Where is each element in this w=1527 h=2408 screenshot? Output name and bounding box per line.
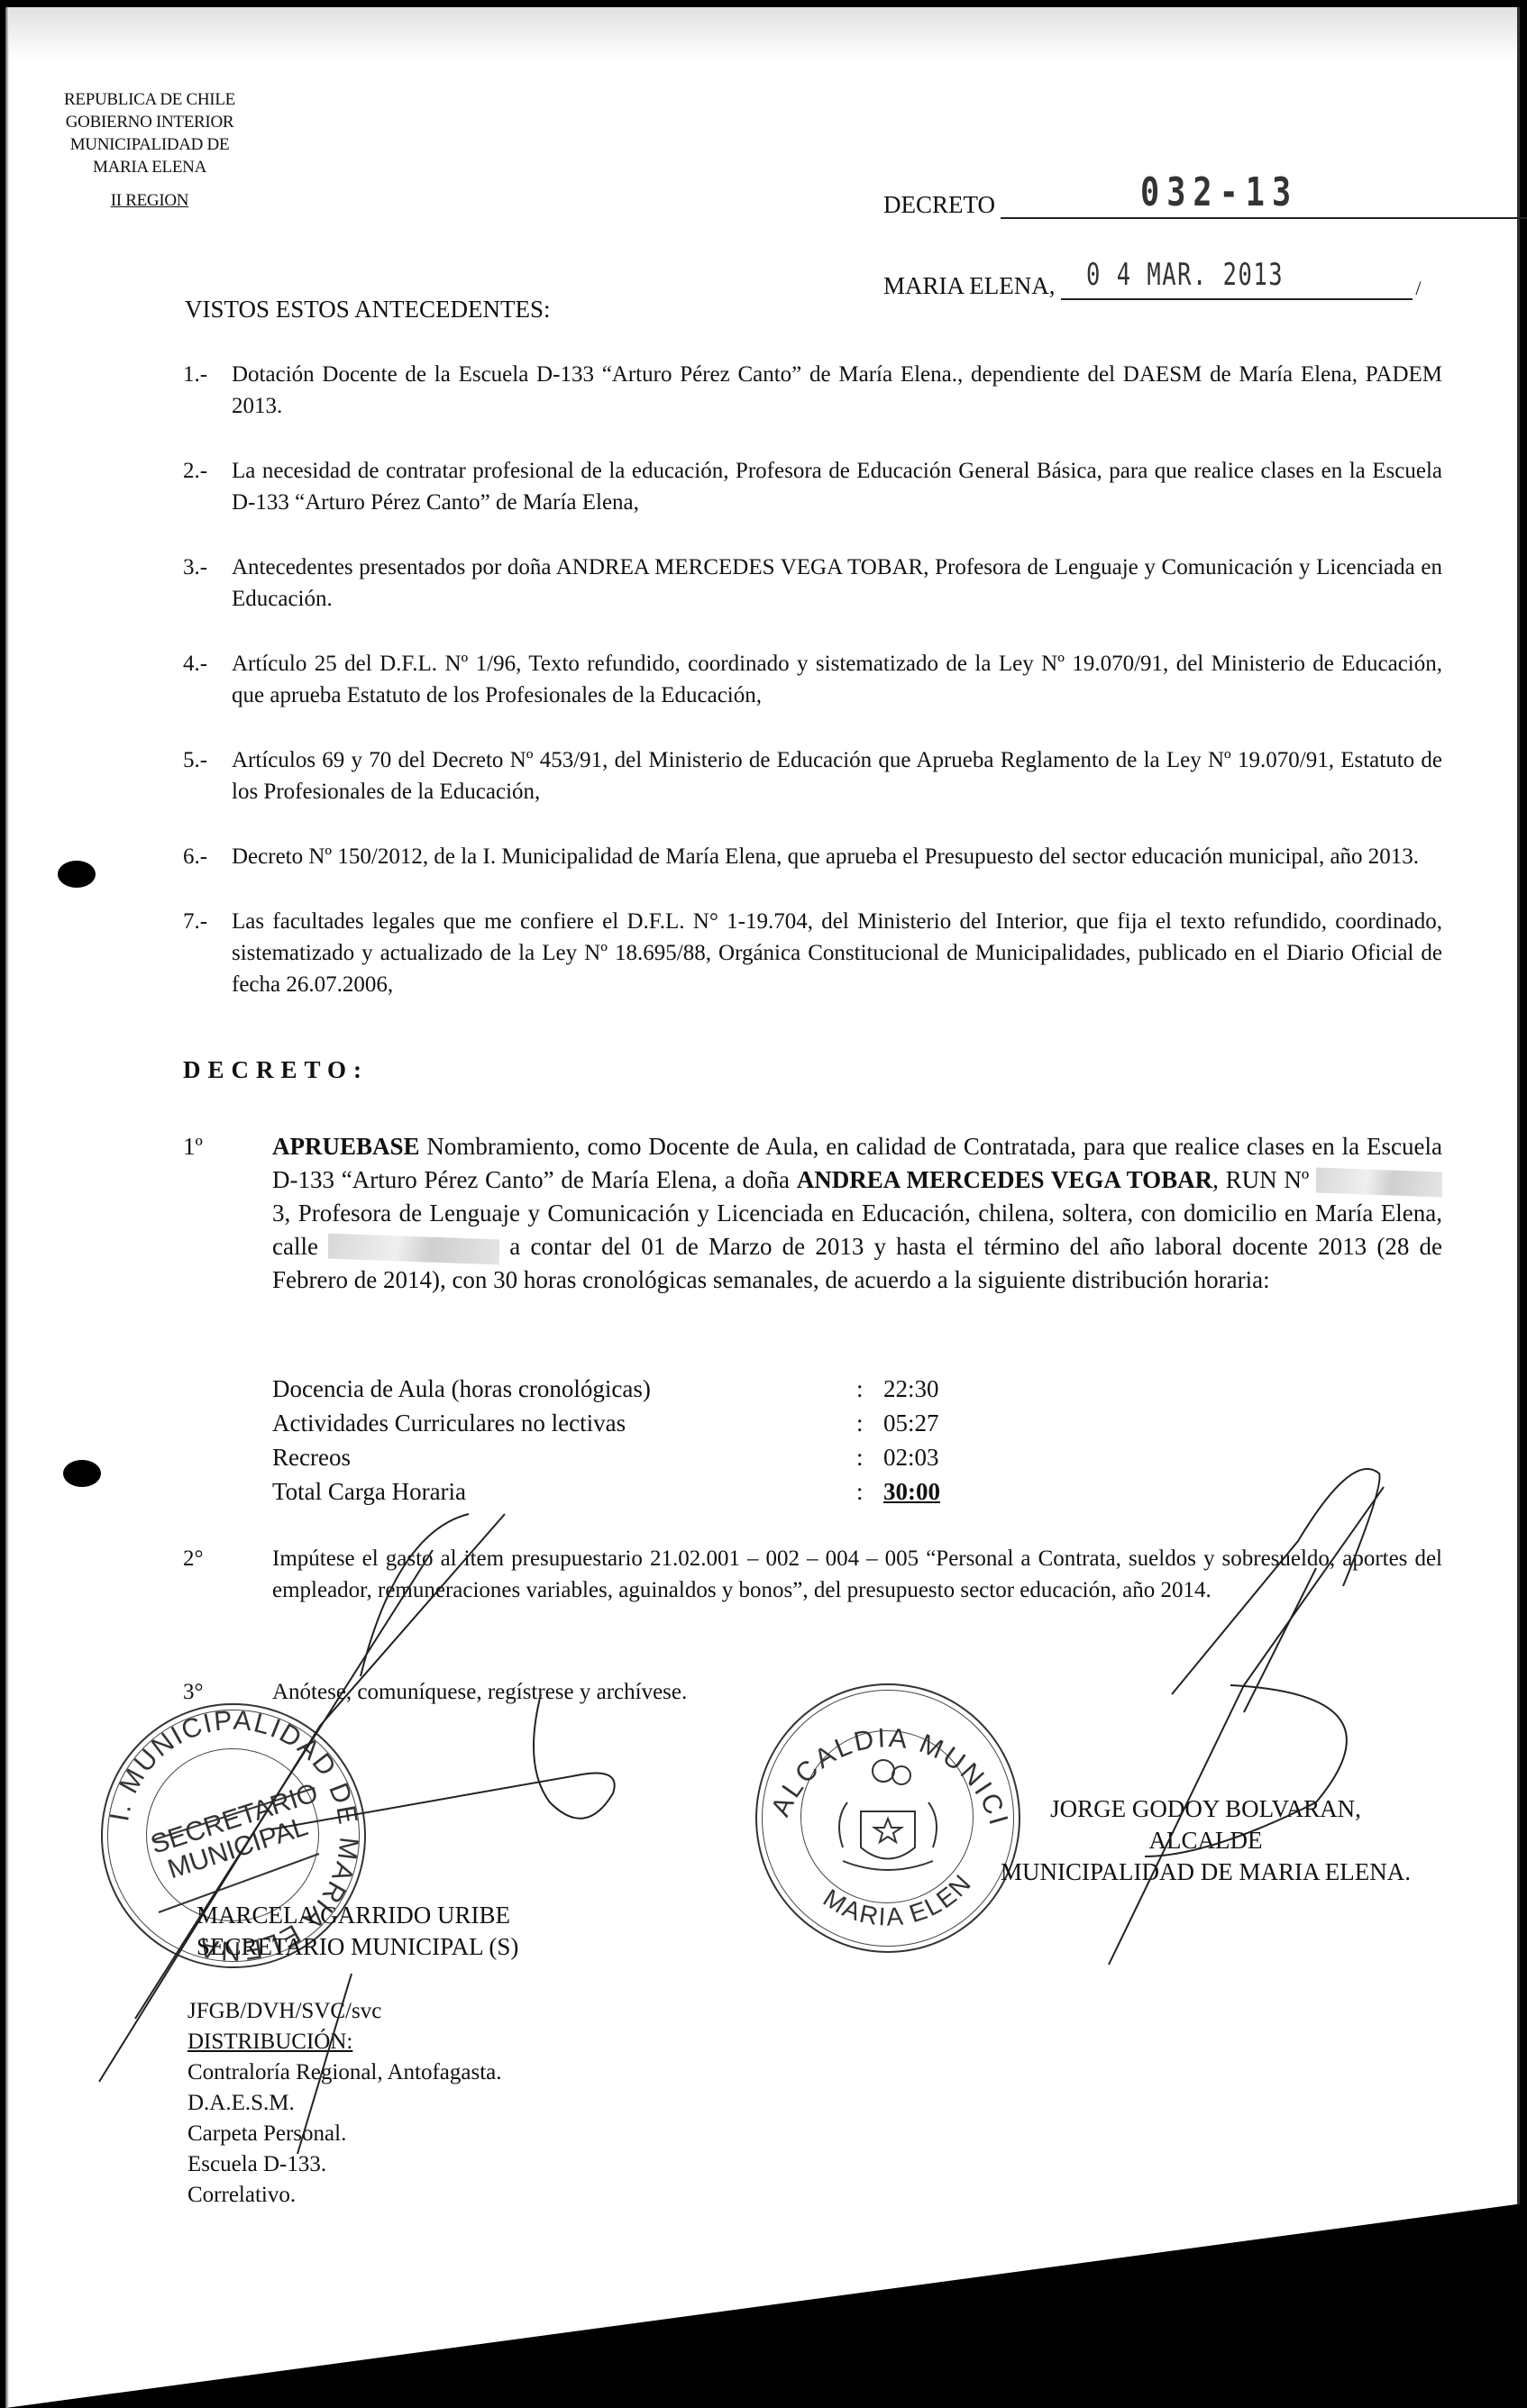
hole-punch-icon: [58, 861, 96, 888]
mayor-signature-block: JORGE GODOY BOLVARAN, ALCALDE MUNICIPALI…: [1001, 1793, 1411, 1888]
redacted-run: [redacted]: [1316, 1167, 1442, 1197]
distribution-recipient: Contraloría Regional, Antofagasta.: [187, 2057, 502, 2088]
reference-initials: JFGB/DVH/SVC/svc: [187, 1996, 502, 2027]
schedule-total-row: Total Carga Horaria : 30:00: [272, 1474, 974, 1509]
decree-label: DECRETO: [883, 191, 995, 219]
decree-date-field: 0 4 MAR. 2013 /: [1061, 266, 1413, 300]
distribution-recipient: Correlativo.: [187, 2180, 502, 2211]
distribution-recipient: Carpeta Personal.: [187, 2119, 502, 2149]
hours-schedule: Docencia de Aula (horas cronológicas) : …: [272, 1372, 974, 1509]
schedule-row: Docencia de Aula (horas cronológicas) : …: [272, 1372, 974, 1406]
distribution-recipient: Escuela D-133.: [187, 2149, 502, 2180]
mayor-title: ALCALDE: [1001, 1825, 1411, 1856]
mayor-seal-icon: ALCALDIA MUNICIPAL MARIA ELENA: [755, 1683, 1020, 1953]
antecedent-item: 4.- Artículo 25 del D.F.L. Nº 1/96, Text…: [183, 648, 1442, 711]
place-label: MARIA ELENA,: [883, 272, 1056, 300]
antecedent-item: 7.- Las facultades legales que me confie…: [183, 906, 1442, 1000]
vistos-heading: VISTOS ESTOS ANTECEDENTES:: [185, 296, 551, 324]
antecedent-item: 1.- Dotación Docente de la Escuela D-133…: [183, 359, 1442, 422]
coat-of-arms-icon: [839, 1760, 937, 1870]
seal-band-line: SECRETARIO: [148, 1783, 311, 1860]
antecedent-item: 5.- Artículos 69 y 70 del Decreto Nº 453…: [183, 744, 1442, 807]
secretary-signature-block: MARCELA GARRIDO URIBE SECRETARIO MUNICIP…: [197, 1900, 518, 1963]
header-line: MUNICIPALIDAD DE: [50, 133, 249, 156]
article-1: 1º APRUEBASE Nombramiento, como Docente …: [183, 1130, 1442, 1297]
secretary-title: SECRETARIO MUNICIPAL (S): [197, 1931, 518, 1963]
issuer-header: REPUBLICA DE CHILE GOBIERNO INTERIOR MUN…: [50, 88, 249, 212]
distribution-block: JFGB/DVH/SVC/svc DISTRIBUCIÓN: Contralor…: [187, 1996, 502, 2211]
decree-number-stamp: 032-13: [1140, 169, 1298, 215]
decree-number-field: 032-13 /: [1001, 185, 1527, 219]
distribution-recipient: D.A.E.S.M.: [187, 2088, 502, 2119]
article-2: 2° Impútese el gasto al item presupuesta…: [183, 1543, 1442, 1606]
mayor-name: JORGE GODOY BOLVARAN,: [1001, 1793, 1411, 1825]
seal-band-line: MUNICIPAL: [156, 1810, 319, 1887]
appointee-name: ANDREA MERCEDES VEGA TOBAR: [797, 1166, 1212, 1193]
antecedent-item: 6.- Decreto Nº 150/2012, de la I. Munici…: [183, 841, 1442, 872]
svg-text:ALCALDIA MUNICIPAL: ALCALDIA MUNICIPAL: [746, 1662, 1013, 1830]
svg-text:MARIA ELENA: MARIA ELENA: [748, 1663, 977, 1931]
header-line: GOBIERNO INTERIOR: [50, 111, 249, 133]
hole-punch-icon: [63, 1460, 101, 1487]
approval-keyword: APRUEBASE: [272, 1133, 420, 1160]
scan-edge: [5, 7, 9, 2408]
decree-date-row: MARIA ELENA, 0 4 MAR. 2013 /: [883, 266, 1413, 300]
antecedents-list: 1.- Dotación Docente de la Escuela D-133…: [183, 359, 1442, 1034]
scan-smudge: [5, 7, 1520, 61]
redacted-address: [redacted]: [328, 1233, 499, 1264]
secretary-name: MARCELA GARRIDO URIBE: [197, 1900, 518, 1931]
distribution-title: DISTRIBUCIÓN:: [187, 2027, 502, 2057]
antecedent-item: 3.- Antecedentes presentados por doña AN…: [183, 552, 1442, 615]
seal-ring-text: ALCALDIA MUNICIPAL MARIA ELENA: [757, 1685, 1019, 1951]
decreto-heading: DECRETO:: [183, 1056, 369, 1084]
scan-edge: [1517, 7, 1520, 2242]
schedule-row: Actividades Curriculares no lectivas : 0…: [272, 1406, 974, 1440]
date-stamp: 0 4 MAR. 2013: [1086, 257, 1284, 293]
mayor-org: MUNICIPALIDAD DE MARIA ELENA.: [1001, 1856, 1411, 1888]
antecedent-item: 2.- La necesidad de contratar profesiona…: [183, 455, 1442, 518]
decree-number-row: DECRETO 032-13 /: [883, 185, 1527, 219]
header-line: MARIA ELENA: [50, 156, 249, 178]
schedule-row: Recreos : 02:03: [272, 1440, 974, 1474]
header-region: II REGION: [111, 189, 188, 212]
header-line: REPUBLICA DE CHILE: [50, 88, 249, 111]
